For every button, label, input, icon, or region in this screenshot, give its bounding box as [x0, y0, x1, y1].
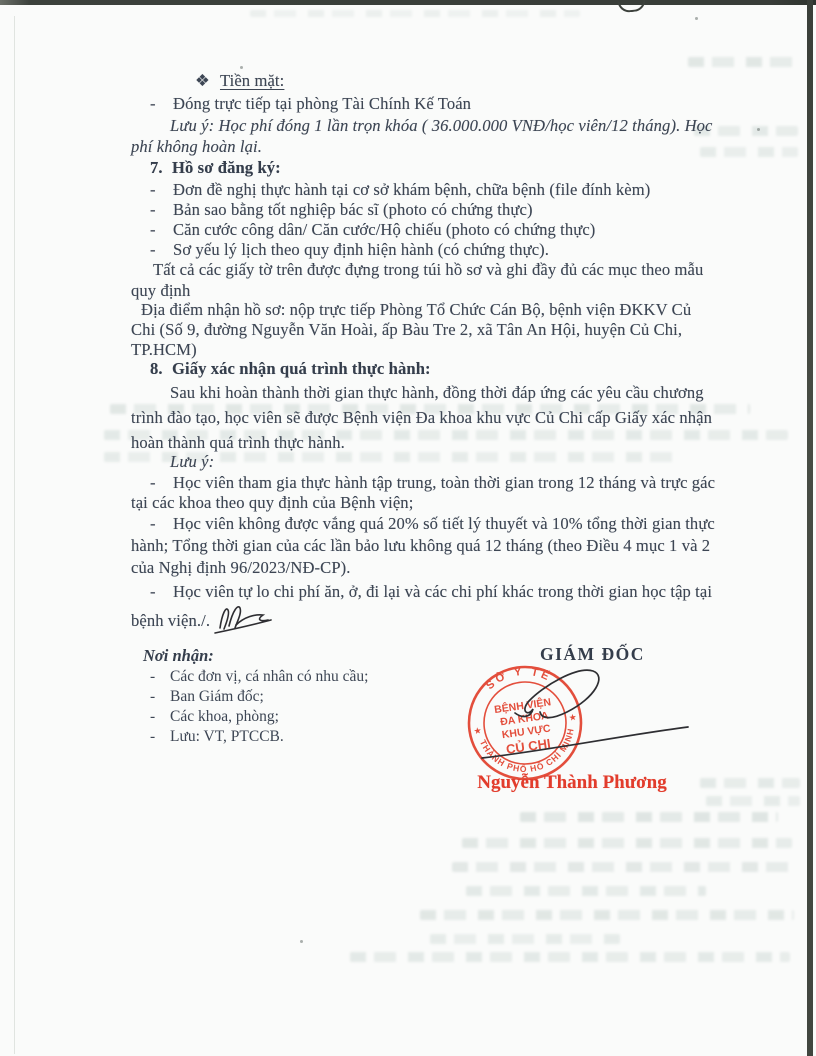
bleed-through-text [706, 796, 800, 806]
scanned-document-page: ❖Tiền mặt: -Đóng trực tiếp tại phòng Tài… [0, 0, 816, 1056]
payment-cash-heading: ❖Tiền mặt: [131, 70, 284, 91]
bleed-through-text [688, 57, 798, 67]
payment-cash-item: -Đóng trực tiếp tại phòng Tài Chính Kế T… [131, 93, 471, 114]
payment-note-line: phí không hoàn lại. [131, 136, 262, 157]
staple-mark [617, 0, 646, 13]
rule-line: tại các khoa theo quy định của Bệnh viện… [131, 492, 413, 513]
location-line: TP.HCM) [131, 339, 197, 360]
rule-line: của Nghị định 96/2023/NĐ-CP). [131, 557, 351, 578]
recipient-item: -Ban Giám đốc; [143, 688, 264, 706]
recipient-item: -Lưu: VT, PTCCB. [143, 728, 284, 746]
location-line: Địa điểm nhận hồ sơ: nộp trực tiếp Phòng… [131, 299, 691, 320]
payment-note-line: Lưu ý: Học phí đóng 1 lần trọn khóa ( 36… [131, 115, 713, 136]
bleed-through-text [420, 910, 794, 920]
registration-item: -Đơn đề nghị thực hành tại cơ sở khám bệ… [131, 179, 650, 200]
rule-line: -Học viên tự lo chi phí ăn, ở, đi lại và… [131, 581, 712, 602]
all-docs-line: quy định [131, 280, 190, 301]
bleed-through-text [466, 886, 706, 896]
location-line: Chi (Số 9, đường Nguyễn Văn Hoài, ấp Bàu… [131, 319, 682, 340]
cash-heading-text: Tiền mặt: [220, 71, 284, 90]
bleed-through-text [350, 952, 790, 962]
rule-line: bệnh viện./. [131, 602, 274, 636]
rule-line: -Học viên không được vắng quá 20% số tiế… [131, 513, 715, 534]
section7-heading: 7.Hồ sơ đăng ký: [131, 157, 281, 178]
registration-item: -Căn cước công dân/ Căn cước/Hộ chiếu (p… [131, 219, 595, 240]
bleed-through-text [700, 147, 798, 157]
rule-line: -Học viên tham gia thực hành tập trung, … [131, 472, 715, 493]
recipients-title: Nơi nhận: [143, 646, 214, 666]
bleed-through-text [452, 862, 796, 872]
note-label: Lưu ý: [131, 451, 214, 472]
bleed-through-text [462, 838, 792, 848]
all-docs-line: Tất cả các giấy tờ trên được đựng trong … [131, 259, 703, 280]
recipient-item: -Các đơn vị, cá nhân có nhu cầu; [143, 668, 368, 686]
diamond-bullet-icon: ❖ [195, 71, 210, 90]
section8-heading: 8.Giấy xác nhận quá trình thực hành: [131, 358, 431, 379]
stamp-star-right-icon: ★ [568, 712, 577, 723]
scan-speck [695, 17, 698, 20]
registration-item: -Bản sao bằng tốt nghiệp bác sĩ (photo c… [131, 199, 533, 220]
certificate-para-line: trình đào tạo, học viên sẽ được Bệnh việ… [131, 405, 712, 430]
paper-fold-line [14, 16, 15, 1054]
rule-line: hành; Tổng thời gian của các lần bảo lưu… [131, 535, 710, 556]
scan-speck [757, 128, 760, 131]
registration-item: -Sơ yếu lý lịch theo quy định hiện hành … [131, 239, 549, 260]
scan-speck [300, 940, 303, 943]
initial-signature-paraph [212, 602, 274, 636]
certificate-para-line: Sau khi hoàn thành thời gian thực hành, … [131, 380, 704, 405]
scan-edge-right [807, 0, 813, 1056]
scan-speck [240, 66, 243, 69]
director-name: Nguyễn Thành Phương [462, 772, 682, 794]
bleed-through-text [250, 10, 580, 17]
stamp-star-left-icon: ★ [473, 725, 482, 736]
bleed-through-text [700, 778, 800, 788]
bleed-through-text [520, 812, 778, 822]
recipient-item: -Các khoa, phòng; [143, 708, 279, 726]
scan-edge-top [0, 0, 816, 5]
bleed-through-text [430, 934, 620, 944]
